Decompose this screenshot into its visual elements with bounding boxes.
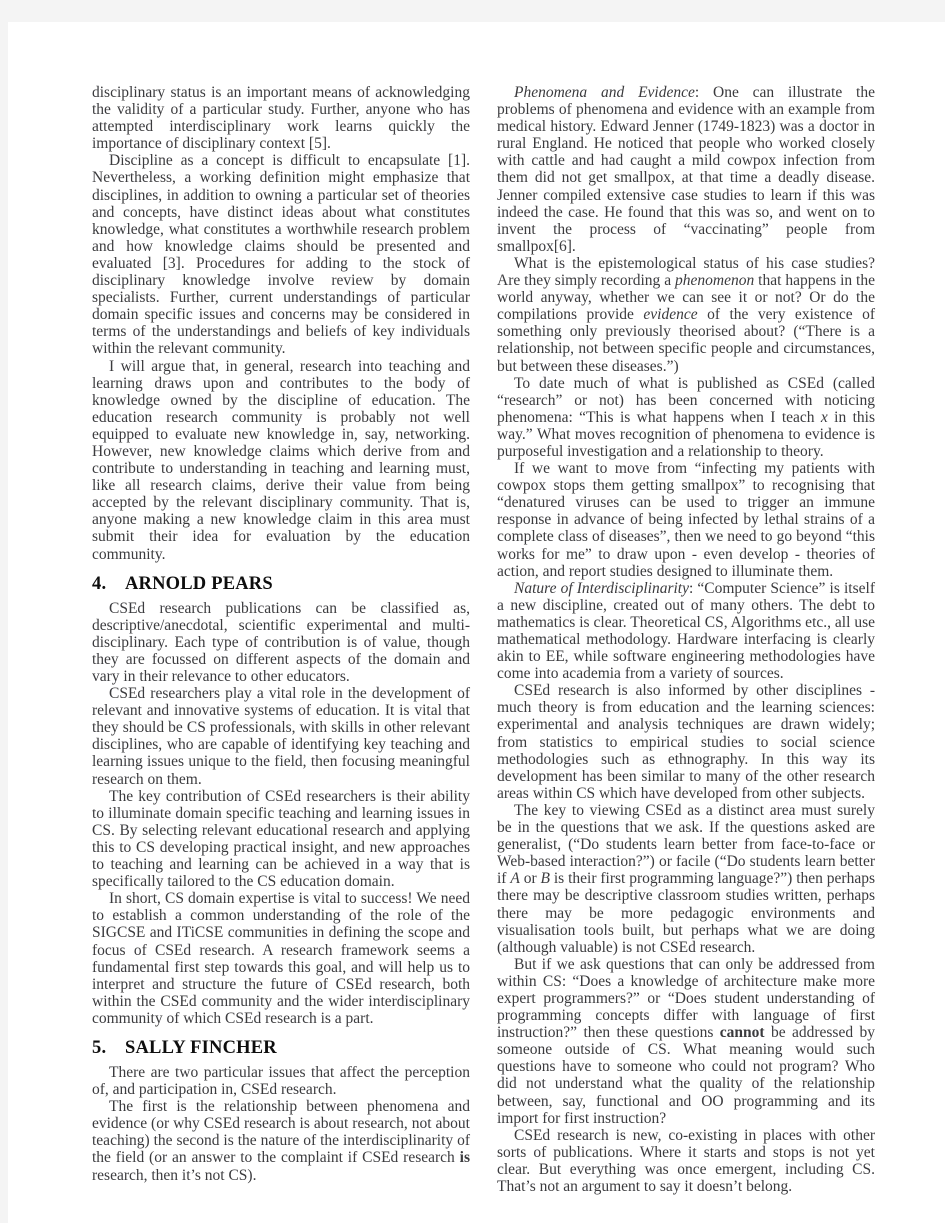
italic-text: B	[541, 870, 550, 887]
text-run: or	[520, 870, 541, 887]
paragraph: There are two particular issues that aff…	[92, 1064, 470, 1098]
paragraph: If we want to move from “infecting my pa…	[497, 460, 875, 580]
text-run: is their first programming language?”) t…	[497, 870, 875, 955]
section-number: 5.	[92, 1038, 125, 1058]
paragraph: CSEd researchers play a vital role in th…	[92, 685, 470, 788]
italic-text: A	[510, 870, 519, 887]
text-run: I will argue that, in general, research …	[92, 358, 470, 563]
paragraph: Nature of Interdisciplinarity: “Computer…	[497, 580, 875, 683]
section-heading: 4.ARNOLD PEARS	[92, 574, 470, 594]
paper-page: disciplinary status is an important mean…	[8, 22, 945, 1223]
paragraph: The first is the relationship between ph…	[92, 1098, 470, 1183]
italic-text: Phenomena and Evidence	[514, 84, 695, 101]
paragraph: Discipline as a concept is difficult to …	[92, 152, 470, 357]
paragraph: CSEd research publications can be classi…	[92, 600, 470, 685]
text-run: To date much of what is published as CSE…	[497, 375, 875, 426]
section-title: ARNOLD PEARS	[125, 574, 273, 594]
screenshot-root: { "page": { "background_color": "#f4f4f4…	[0, 0, 945, 1223]
text-run: : One can illustrate the problems of phe…	[497, 84, 875, 255]
text-run: disciplinary status is an important mean…	[92, 84, 470, 152]
text-run: If we want to move from “infecting my pa…	[497, 460, 875, 580]
section-title: SALLY FINCHER	[125, 1038, 277, 1058]
text-run: research, then it’s not CS).	[92, 1167, 256, 1184]
section-heading: 5.SALLY FINCHER	[92, 1038, 470, 1058]
column-left: disciplinary status is an important mean…	[92, 84, 470, 1195]
italic-text: Nature of Interdisciplinarity	[514, 580, 689, 597]
paragraph: Phenomena and Evidence: One can illustra…	[497, 84, 875, 255]
text-run: CSEd research is also informed by other …	[497, 682, 875, 802]
section-number: 4.	[92, 574, 125, 594]
paragraph: CSEd research is also informed by other …	[497, 682, 875, 802]
text-run: The first is the relationship between ph…	[92, 1098, 470, 1166]
paragraph: CSEd research is new, co-existing in pla…	[497, 1127, 875, 1195]
italic-text: phenomenon	[675, 272, 754, 289]
italic-text: x	[821, 409, 828, 426]
paragraph: I will argue that, in general, research …	[92, 358, 470, 563]
bold-text: is	[460, 1149, 470, 1166]
paragraph: What is the epistemological status of hi…	[497, 255, 875, 375]
paragraph: disciplinary status is an important mean…	[92, 84, 470, 152]
text-run: The key contribution of CSEd researchers…	[92, 788, 470, 890]
text-run: CSEd research is new, co-existing in pla…	[497, 1127, 875, 1195]
paragraph: The key contribution of CSEd researchers…	[92, 788, 470, 891]
text-run: There are two particular issues that aff…	[92, 1064, 470, 1098]
text-run: CSEd research publications can be classi…	[92, 600, 470, 685]
text-run: CSEd researchers play a vital role in th…	[92, 685, 470, 787]
text-run: Discipline as a concept is difficult to …	[92, 152, 470, 357]
column-right: Phenomena and Evidence: One can illustra…	[497, 84, 875, 1195]
bold-text: cannot	[720, 1024, 765, 1041]
italic-text: evidence	[643, 306, 697, 323]
paragraph: The key to viewing CSEd as a distinct ar…	[497, 802, 875, 956]
paragraph: In short, CS domain expertise is vital t…	[92, 890, 470, 1027]
paragraph: To date much of what is published as CSE…	[497, 375, 875, 460]
page-content: disciplinary status is an important mean…	[92, 84, 875, 1195]
paragraph: But if we ask questions that can only be…	[497, 956, 875, 1127]
text-run: In short, CS domain expertise is vital t…	[92, 890, 470, 1027]
